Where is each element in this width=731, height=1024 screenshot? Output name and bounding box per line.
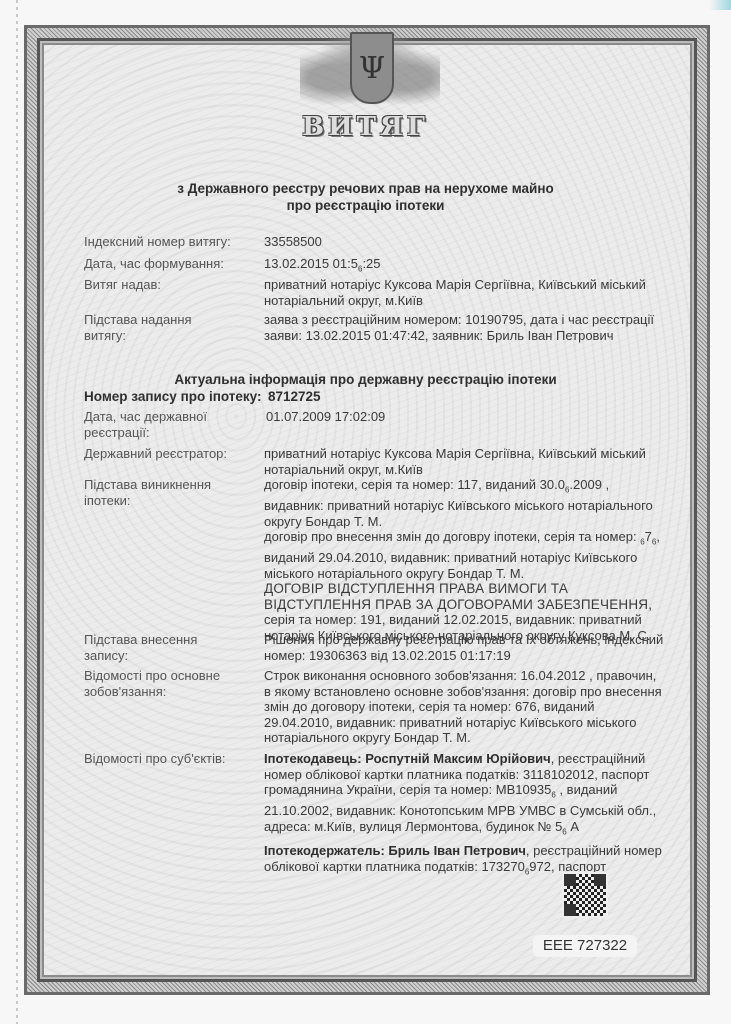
field-label: Підстава виникненняіпотеки: — [84, 477, 254, 508]
trident-coat-of-arms-icon: Ψ — [350, 32, 394, 104]
subtitle-line-1: з Державного реєстру речових прав на нер… — [0, 180, 731, 197]
field-value: приватний нотаріус Куксова Марія Сергіїв… — [264, 277, 664, 308]
section-heading-current-info: Актуальна інформація про державну реєстр… — [0, 372, 731, 387]
field-value: 13.02.2015 01:56:25 — [264, 256, 664, 277]
field-value: 33558500 — [264, 234, 664, 250]
field-label: Індексний номер витягу: — [84, 234, 254, 250]
coat-of-arms: Ψ — [300, 28, 440, 118]
field-value: приватний нотаріус Куксова Марія Сергіїв… — [264, 446, 664, 477]
scan-corner-mark — [709, 0, 731, 10]
document-subtitle: з Державного реєстру речових прав на нер… — [0, 180, 731, 214]
field-label: Підстава наданнявитягу: — [84, 312, 254, 343]
field-label: Дата, час державноїреєстрації: — [84, 409, 254, 440]
field-value: 01.07.2009 17:02:09 — [266, 409, 666, 425]
qr-code-icon — [562, 872, 608, 918]
scan-edge — [16, 0, 18, 1024]
mortgagor-info: Іпотекодавець: Роспутній Максим Юрійович… — [264, 751, 664, 840]
field-value: Строк виконання основного зобов'язання: … — [264, 668, 664, 746]
field-value: договір іпотеки, серія та номер: 117, ви… — [264, 477, 664, 643]
form-serial-number: ЕЕЕ 727322 — [533, 935, 637, 957]
field-label: Державний реєстратор: — [84, 446, 254, 462]
subtitle-line-2: про реєстрацію іпотеки — [0, 197, 731, 214]
document-title: ВИТЯГ — [0, 112, 731, 142]
field-label: Дата, час формування: — [84, 256, 254, 272]
record-number-label: Номер запису про іпотеку: — [84, 389, 261, 404]
mortgagee-name: Іпотекодержатель: Бриль Іван Петрович — [264, 843, 526, 858]
qr-code-area — [545, 860, 625, 930]
field-label: Витяг надав: — [84, 277, 254, 293]
mortgagor-name: Іпотекодавець: Роспутній Максим Юрійович — [264, 751, 551, 766]
field-value: Рішення про державну реєстрацію прав та … — [264, 632, 664, 663]
record-number-value: 8712725 — [268, 389, 321, 404]
field-label: Відомості про суб'єктів: — [84, 751, 254, 767]
field-value: заява з реєстраційним номером: 10190795,… — [264, 312, 664, 343]
field-label: Підстава внесеннязапису: — [84, 632, 254, 663]
field-label: Відомості про основнезобов'язання: — [84, 668, 254, 699]
